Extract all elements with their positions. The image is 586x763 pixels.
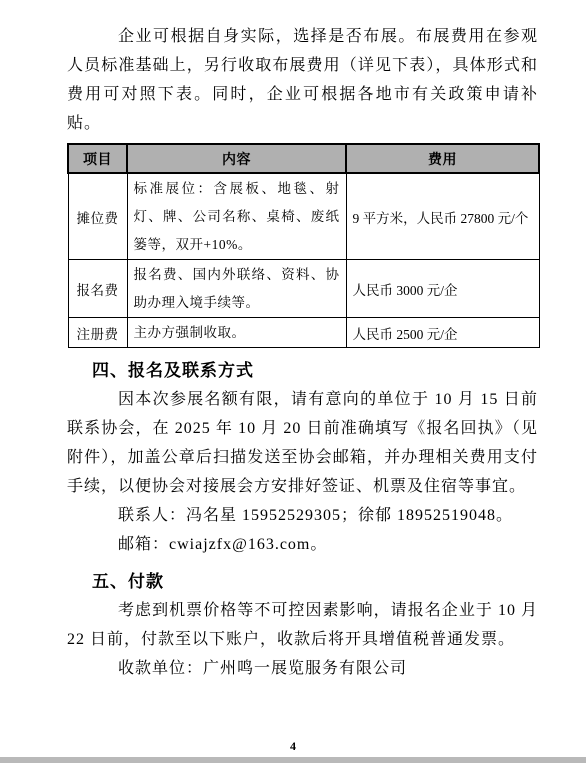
table-row-registration-fee: 注册费 主办方强制收取。 人民币 2500 元/企 xyxy=(68,318,539,348)
signup-fee-item: 报名费 xyxy=(68,260,127,318)
table-row-booth-fee: 摊位费 标准展位：含展板、地毯、射灯、牌、公司名称、桌椅、废纸篓等，双开+10%… xyxy=(68,173,539,260)
section-4-heading: 四、报名及联系方式 xyxy=(92,356,538,385)
column-header-content: 内容 xyxy=(127,144,346,173)
payee-line: 收款单位：广州鸣一展览服务有限公司 xyxy=(67,654,538,683)
contact-line: 联系人：冯名星 15952529305；徐郁 18952519048。 xyxy=(67,501,538,530)
email-line: 邮箱：cwiajzfx@163.com。 xyxy=(67,530,538,559)
registration-fee-amount: 人民币 2500 元/企 xyxy=(346,318,539,348)
column-header-item: 项目 xyxy=(68,144,127,173)
fee-table-header-row: 项目 内容 费用 xyxy=(68,144,539,173)
registration-fee-item: 注册费 xyxy=(68,318,127,348)
signup-fee-amount: 人民币 3000 元/企 xyxy=(346,260,539,318)
signup-fee-content: 报名费、国内外联络、资料、协助办理入境手续等。 xyxy=(127,260,346,318)
page-number: 4 xyxy=(0,739,586,754)
section-5-paragraph: 考虑到机票价格等不可控因素影响，请报名企业于 10 月 22 日前，付款至以下账… xyxy=(67,596,538,654)
booth-fee-amount: 9 平方米，人民币 27800 元/个 xyxy=(346,173,539,260)
page-divider xyxy=(0,757,586,763)
intro-paragraph: 企业可根据自身实际，选择是否布展。布展费用在参观人员标准基础上，另行收取布展费用… xyxy=(67,22,538,138)
fee-table: 项目 内容 费用 摊位费 标准展位：含展板、地毯、射灯、牌、公司名称、桌椅、废纸… xyxy=(67,143,540,348)
section-5-heading: 五、付款 xyxy=(92,567,538,596)
section-4-paragraph: 因本次参展名额有限，请有意向的单位于 10 月 15 日前联系协会，在 2025… xyxy=(67,385,538,501)
document-page: 企业可根据自身实际，选择是否布展。布展费用在参观人员标准基础上，另行收取布展费用… xyxy=(0,0,586,763)
column-header-fee: 费用 xyxy=(346,144,539,173)
registration-fee-content: 主办方强制收取。 xyxy=(127,318,346,348)
booth-fee-item: 摊位费 xyxy=(68,173,127,260)
booth-fee-content: 标准展位：含展板、地毯、射灯、牌、公司名称、桌椅、废纸篓等，双开+10%。 xyxy=(127,173,346,260)
table-row-signup-fee: 报名费 报名费、国内外联络、资料、协助办理入境手续等。 人民币 3000 元/企 xyxy=(68,260,539,318)
document-content: 企业可根据自身实际，选择是否布展。布展费用在参观人员标准基础上，另行收取布展费用… xyxy=(0,22,586,683)
